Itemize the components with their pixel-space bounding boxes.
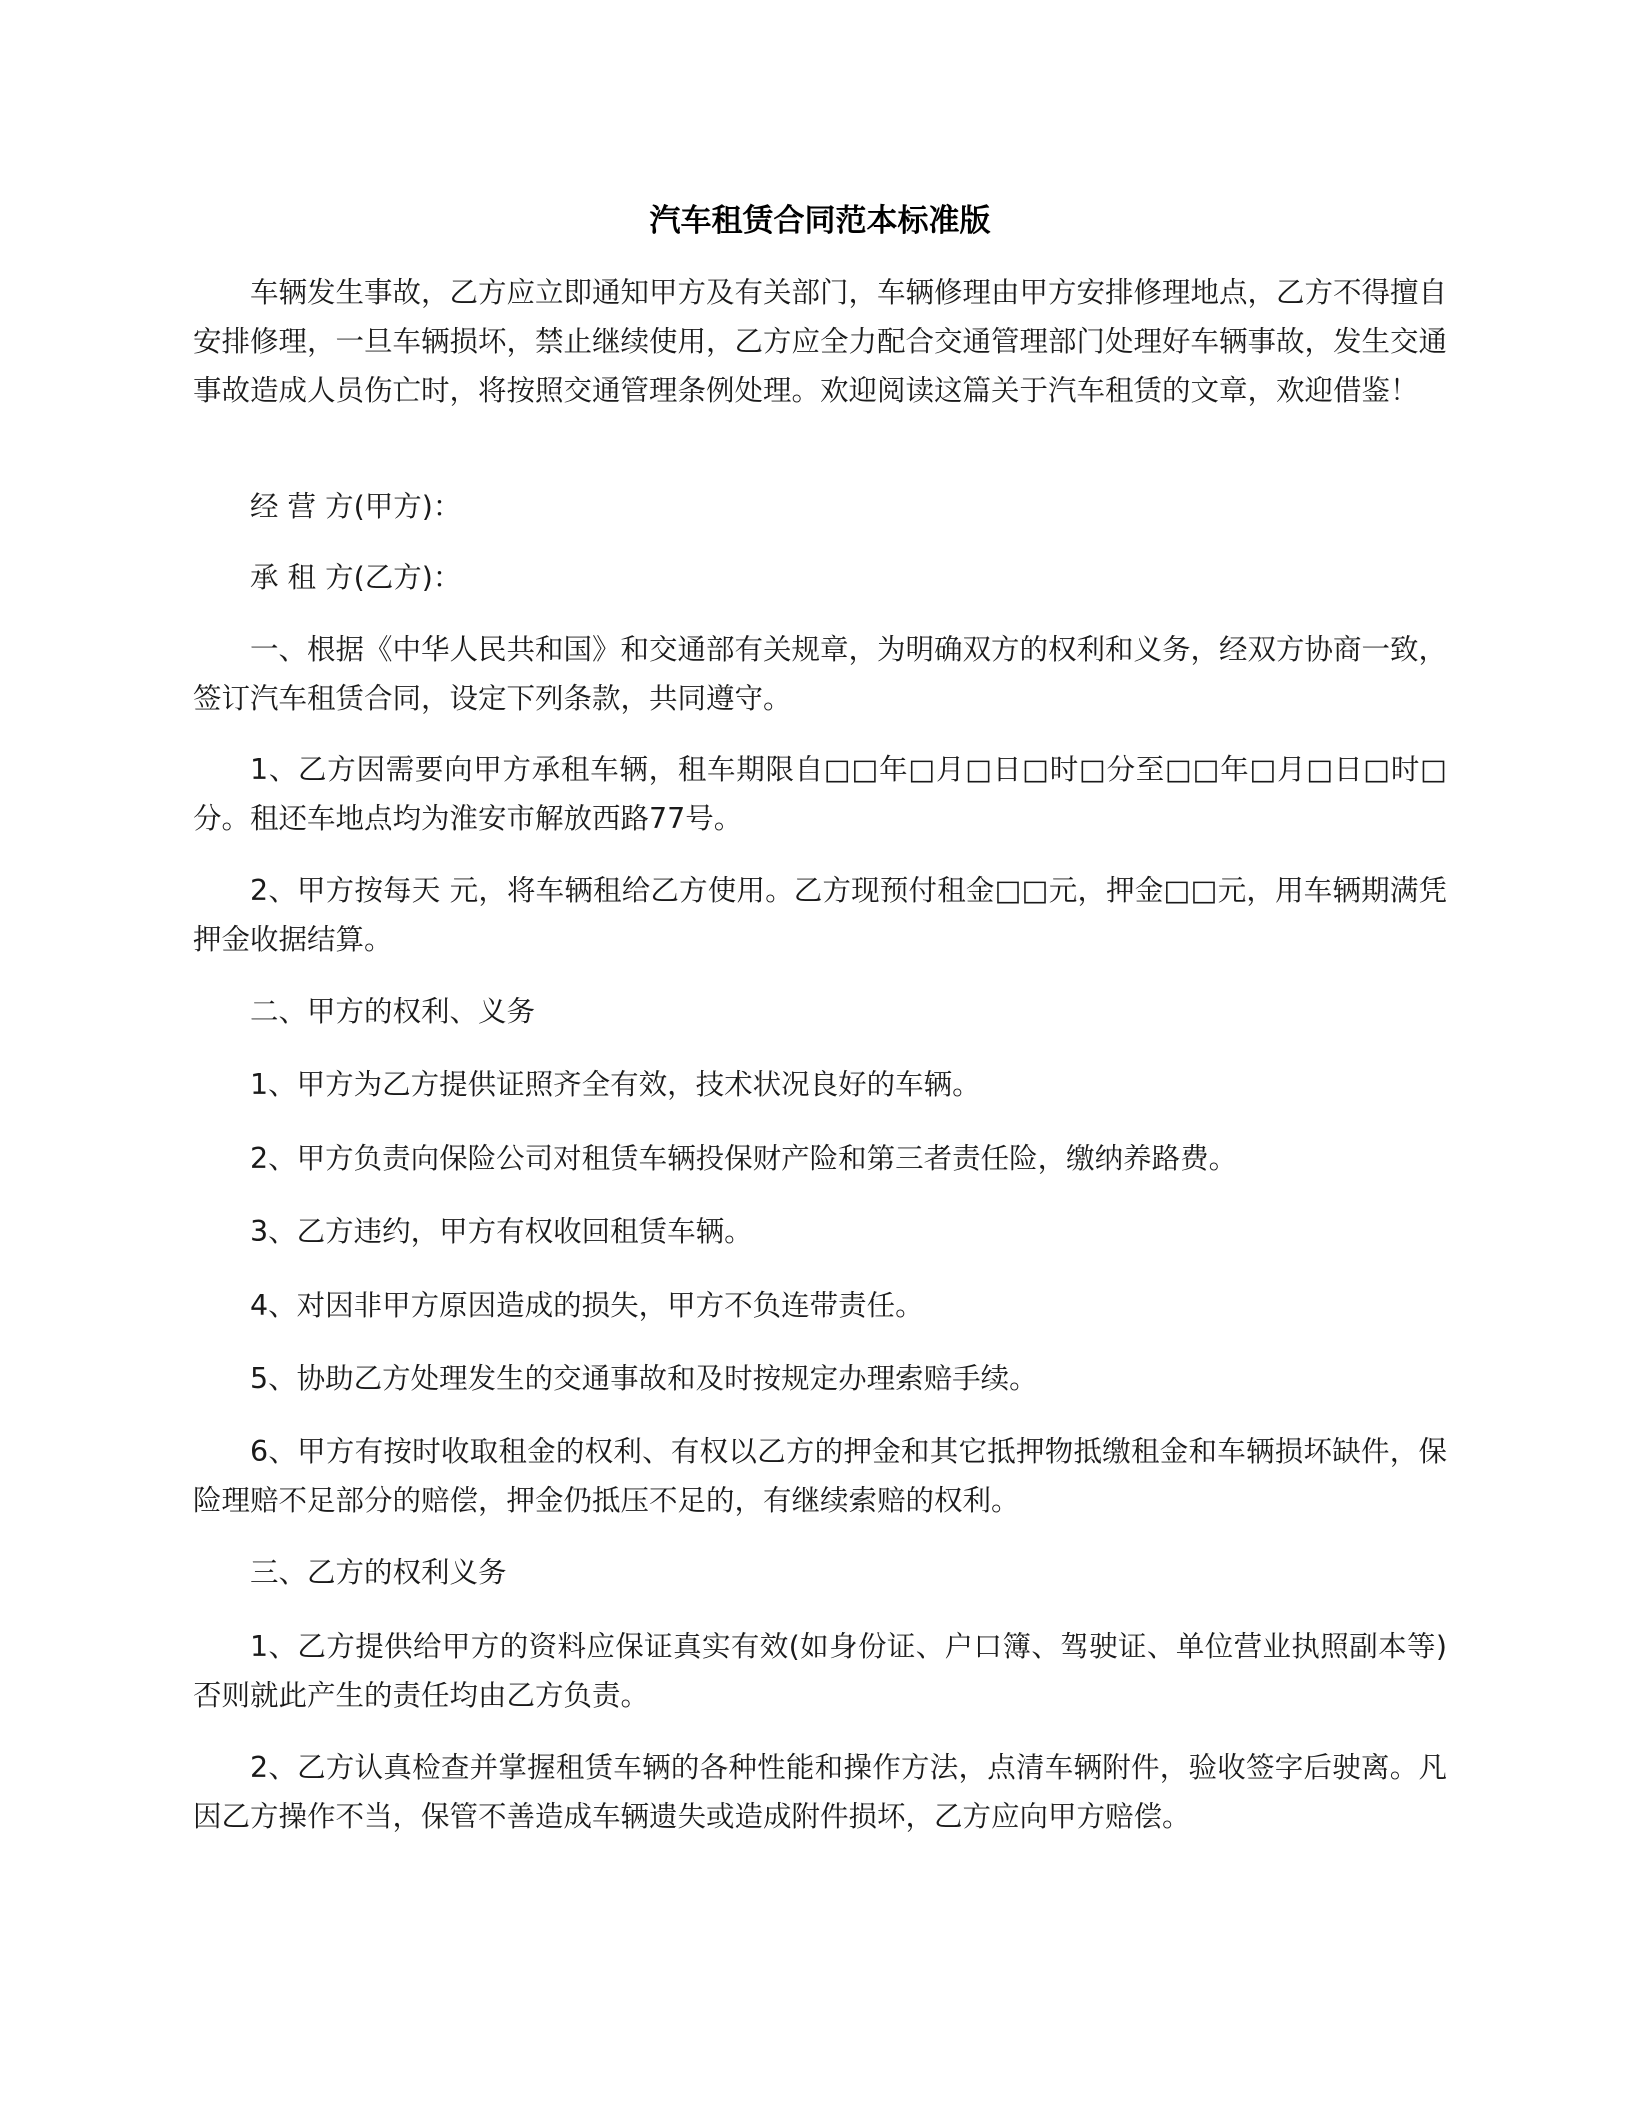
section-2-item-4: 4、对因非甲方原因造成的损失，甲方不负连带责任。: [193, 1281, 1447, 1330]
clause-1-item-2: 2、甲方按每天 元，将车辆租给乙方使用。乙方现预付租金□□元，押金□□元，用车辆…: [193, 866, 1447, 964]
section-3-item-2: 2、乙方认真检查并掌握租赁车辆的各种性能和操作方法，点清车辆附件，验收签字后驶离…: [193, 1743, 1447, 1841]
section-3-item-1: 1、乙方提供给甲方的资料应保证真实有效(如身份证、户口簿、驾驶证、单位营业执照副…: [193, 1622, 1447, 1720]
clause-1-preamble: 一、根据《中华人民共和国》和交通部有关规章，为明确双方的权利和义务，经双方协商一…: [193, 625, 1447, 723]
party-b-line: 承 租 方(乙方)：: [193, 553, 1447, 602]
section-2-item-5: 5、协助乙方处理发生的交通事故和及时按规定办理索赔手续。: [193, 1354, 1447, 1403]
intro-paragraph: 车辆发生事故，乙方应立即通知甲方及有关部门，车辆修理由甲方安排修理地点，乙方不得…: [193, 268, 1447, 415]
section-3-heading: 三、乙方的权利义务: [193, 1548, 1447, 1597]
clause-1-item-1: 1、乙方因需要向甲方承租车辆，租车期限自□□年□月□日□时□分至□□年□月□日□…: [193, 745, 1447, 843]
document-title: 汽车租赁合同范本标准版: [193, 195, 1447, 240]
section-2-item-2: 2、甲方负责向保险公司对租赁车辆投保财产险和第三者责任险，缴纳养路费。: [193, 1134, 1447, 1183]
section-2-item-3: 3、乙方违约，甲方有权收回租赁车辆。: [193, 1207, 1447, 1256]
party-a-line: 经 营 方(甲方)：: [193, 482, 1447, 531]
section-2-item-6: 6、甲方有按时收取租金的权利、有权以乙方的押金和其它抵押物抵缴租金和车辆损坏缺件…: [193, 1427, 1447, 1525]
section-2-heading: 二、甲方的权利、义务: [193, 987, 1447, 1036]
section-2-item-1: 1、甲方为乙方提供证照齐全有效，技术状况良好的车辆。: [193, 1060, 1447, 1109]
